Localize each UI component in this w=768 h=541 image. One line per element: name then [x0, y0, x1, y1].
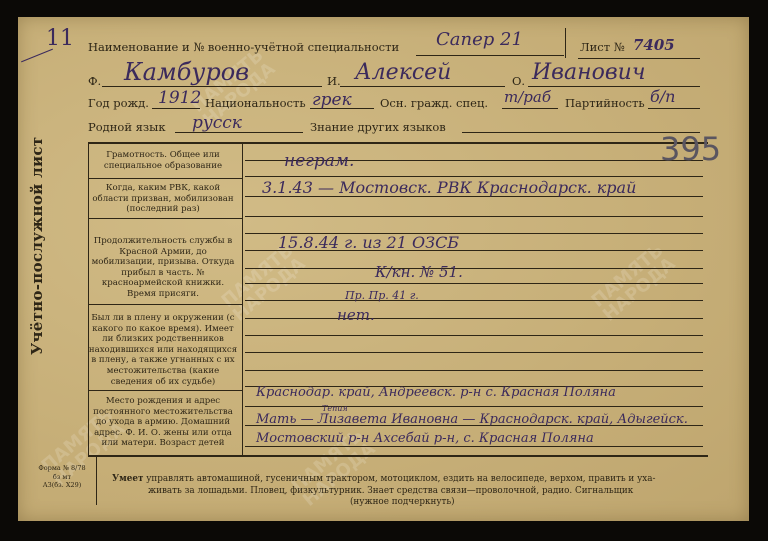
- patronymic-label: О.: [512, 74, 525, 88]
- birth-year-underline: [152, 108, 200, 109]
- ruled-line: [245, 176, 703, 177]
- party-underline: [648, 108, 700, 109]
- skills-line-1: Умеет управлять автомашиной, гусеничным …: [112, 474, 655, 484]
- education-value: неграм.: [284, 151, 354, 171]
- nationality-value: грек: [312, 90, 352, 110]
- birth-year-label: Год рожд.: [88, 96, 149, 110]
- form-code: Форма № 8/78 бз мт АЗ(бз. Х29): [36, 464, 88, 490]
- form-code-line-1: Форма № 8/78: [36, 464, 88, 473]
- sheet-label: Лист №: [580, 40, 625, 54]
- birth-year-value: 1912: [158, 88, 201, 108]
- ruled-line: [245, 370, 703, 371]
- ruled-line: [245, 216, 703, 217]
- table-top-border: [88, 142, 708, 144]
- sheet-divider: [565, 28, 566, 58]
- ruled-line: [245, 300, 703, 301]
- corner-mark: 11: [46, 26, 74, 51]
- side-title: Учётно-послужной лист: [28, 137, 46, 355]
- service-value-1: 15.8.44 г. из 21 ОЗСБ: [278, 233, 459, 252]
- surname-underline: [102, 86, 322, 87]
- name-label: И.: [327, 74, 341, 88]
- party-label: Партийность: [565, 96, 645, 110]
- civil-spec-value: т/раб: [504, 88, 551, 106]
- surname-value: Камбуров: [124, 58, 249, 86]
- service-value-3: Пр. Пр. 41 г.: [345, 289, 419, 302]
- ruled-line: [245, 352, 703, 353]
- civil-spec-label: Осн. гражд. спец.: [380, 96, 488, 110]
- table-bottom-border: [88, 455, 708, 457]
- table-column-divider: [242, 142, 243, 455]
- row-label-address: Место рождения и адрес постоянного место…: [88, 396, 238, 449]
- civil-spec-underline: [502, 108, 558, 109]
- ruled-line: [245, 283, 703, 284]
- name-underline: [340, 86, 505, 87]
- conscription-value: 3.1.43 — Мостовск. РВК Краснодарск. край: [262, 178, 636, 197]
- specialty-underline: [416, 55, 564, 56]
- row-divider: [88, 390, 242, 391]
- form-code-line-2: бз мт: [36, 473, 88, 482]
- row-label-education: Грамотность. Общее или специальное образ…: [88, 150, 238, 171]
- ruled-line: [245, 268, 703, 269]
- address-value-3: Мостовский р-н Ахсебай р-н, с. Красная П…: [256, 431, 594, 446]
- name-value: Алексей: [355, 60, 451, 85]
- sheet-number: 7405: [633, 36, 675, 54]
- sheet-underline: [578, 58, 700, 59]
- row-label-captivity: Был ли в плену и окружении (с какого по …: [88, 313, 238, 387]
- skills-lead: Умеет: [112, 474, 143, 484]
- skills-line-3: (нужное подчеркнуть): [350, 497, 455, 507]
- address-value-2: Мать — Лизавета Ивановна — Краснодарск. …: [256, 412, 688, 427]
- captivity-value: нет.: [337, 306, 375, 324]
- native-lang-value: русск: [192, 113, 242, 133]
- skills-text-1: управлять автомашиной, гусеничным тракто…: [146, 474, 655, 484]
- specialty-value: Сапер 21: [436, 29, 523, 50]
- address-value-1: Краснодар. край, Андреевск. р-н с. Красн…: [256, 385, 616, 400]
- nationality-label: Национальность: [205, 96, 306, 110]
- ruled-line: [245, 406, 703, 407]
- native-lang-label: Родной язык: [88, 120, 166, 134]
- ruled-line: [245, 446, 703, 447]
- footer-divider: [96, 455, 97, 505]
- row-divider: [88, 218, 242, 219]
- row-divider: [88, 178, 242, 179]
- archive-stamp-number: 395: [660, 130, 721, 168]
- other-lang-label: Знание других языков: [310, 120, 446, 134]
- specialty-label: Наименование и № военно-учётной специаль…: [88, 40, 399, 54]
- surname-label: Ф.: [88, 74, 101, 88]
- row-label-service: Продолжительность службы в Красной Армии…: [88, 236, 238, 300]
- service-value-2: К/кн. № 51.: [375, 263, 463, 281]
- row-divider: [88, 304, 242, 305]
- skills-line-2: живать за лошадьми. Пловец, физкультурни…: [148, 486, 633, 496]
- ruled-line: [245, 335, 703, 336]
- form-code-line-3: АЗ(бз. Х29): [36, 481, 88, 490]
- patronymic-value: Иванович: [532, 60, 646, 85]
- row-label-conscription: Когда, каким РВК, какой области призван,…: [88, 183, 238, 215]
- party-value: б/п: [650, 87, 675, 106]
- ruled-line: [245, 318, 703, 319]
